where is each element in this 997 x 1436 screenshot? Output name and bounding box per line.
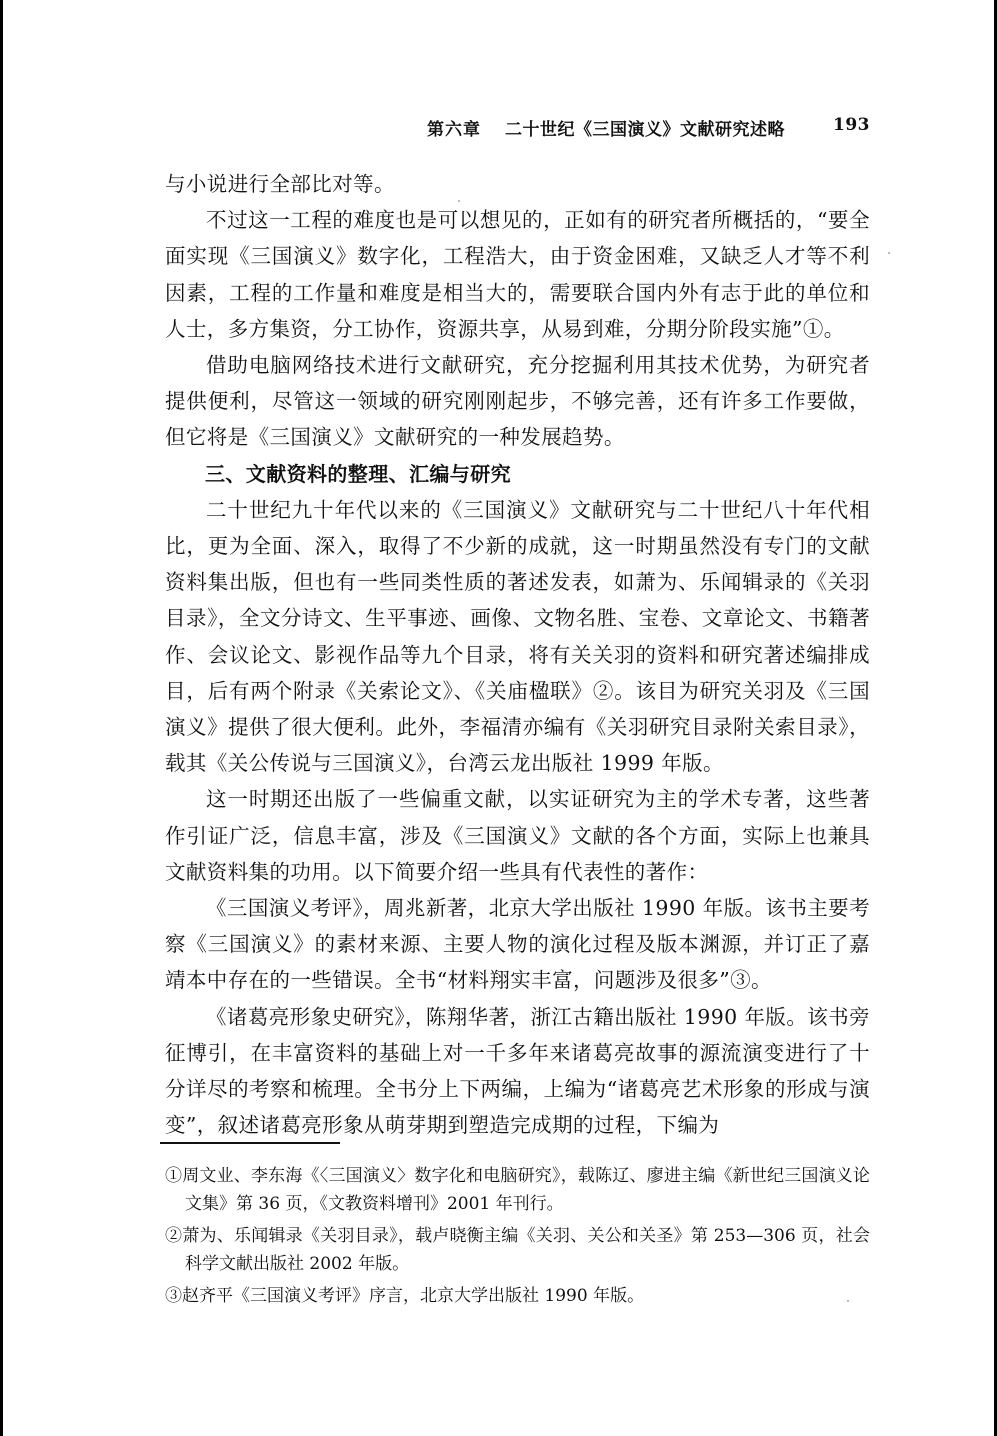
- footnote-text: 萧为、乐闻辑录《关羽目录》，载卢晓衡主编《关羽、关公和关圣》第 253—306 …: [182, 1226, 870, 1274]
- scan-speck: [847, 1300, 849, 1302]
- paragraph: 《三国演义考评》，周兆新著，北京大学出版社 1990 年版。该书主要考察《三国演…: [165, 890, 870, 999]
- footnote-3: ③赵齐平《三国演义考评》序言，北京大学出版社 1990 年版。: [165, 1282, 870, 1310]
- paragraph: 不过这一工程的难度也是可以想见的，正如有的研究者所概括的，“要全面实现《三国演义…: [165, 202, 870, 347]
- footnote-marker: ①: [165, 1166, 182, 1186]
- footnote-marker: ②: [165, 1226, 182, 1246]
- page-number: 193: [833, 115, 870, 140]
- paragraph: 这一时期还出版了一些偏重文献，以实证研究为主的学术专著，这些著作引证广泛，信息丰…: [165, 781, 870, 890]
- footnote-1: ①周文业、李东海《〈三国演义〉数字化和电脑研究》，载陈辽、廖进主编《新世纪三国演…: [165, 1162, 870, 1218]
- footnote-2: ②萧为、乐闻辑录《关羽目录》，载卢晓衡主编《关羽、关公和关圣》第 253—306…: [165, 1222, 870, 1278]
- footnote-text: 赵齐平《三国演义考评》序言，北京大学出版社 1990 年版。: [182, 1286, 644, 1306]
- footnote-marker: ③: [165, 1286, 182, 1306]
- paragraph: 二十世纪九十年代以来的《三国演义》文献研究与二十世纪八十年代相比，更为全面、深入…: [165, 492, 870, 782]
- footnote-divider: [160, 1142, 340, 1144]
- paragraph: 《诸葛亮形象史研究》，陈翔华著，浙江古籍出版社 1990 年版。该书旁征博引，在…: [165, 999, 870, 1144]
- scan-speck: [888, 252, 890, 254]
- chapter-label: 第六章: [427, 120, 481, 140]
- chapter-title: 二十世纪《三国演义》文献研究述略: [505, 120, 785, 140]
- running-head-title-group: 第六章二十世纪《三国演义》文献研究述略: [427, 115, 785, 140]
- paragraph: 借助电脑网络技术进行文献研究，充分挖掘利用其技术优势，为研究者提供便利，尽管这一…: [165, 347, 870, 456]
- paragraph: 与小说进行全部比对等。: [165, 166, 870, 202]
- footnotes: ①周文业、李东海《〈三国演义〉数字化和电脑研究》，载陈辽、廖进主编《新世纪三国演…: [165, 1162, 870, 1314]
- running-head: 第六章二十世纪《三国演义》文献研究述略 193: [427, 115, 870, 140]
- scan-border-left: [0, 0, 3, 1436]
- body-text: 与小说进行全部比对等。 不过这一工程的难度也是可以想见的，正如有的研究者所概括的…: [165, 166, 870, 1143]
- scan-speck: [458, 200, 460, 202]
- section-heading: 三、文献资料的整理、汇编与研究: [165, 456, 870, 492]
- footnote-text: 周文业、李东海《〈三国演义〉数字化和电脑研究》，载陈辽、廖进主编《新世纪三国演义…: [182, 1166, 870, 1214]
